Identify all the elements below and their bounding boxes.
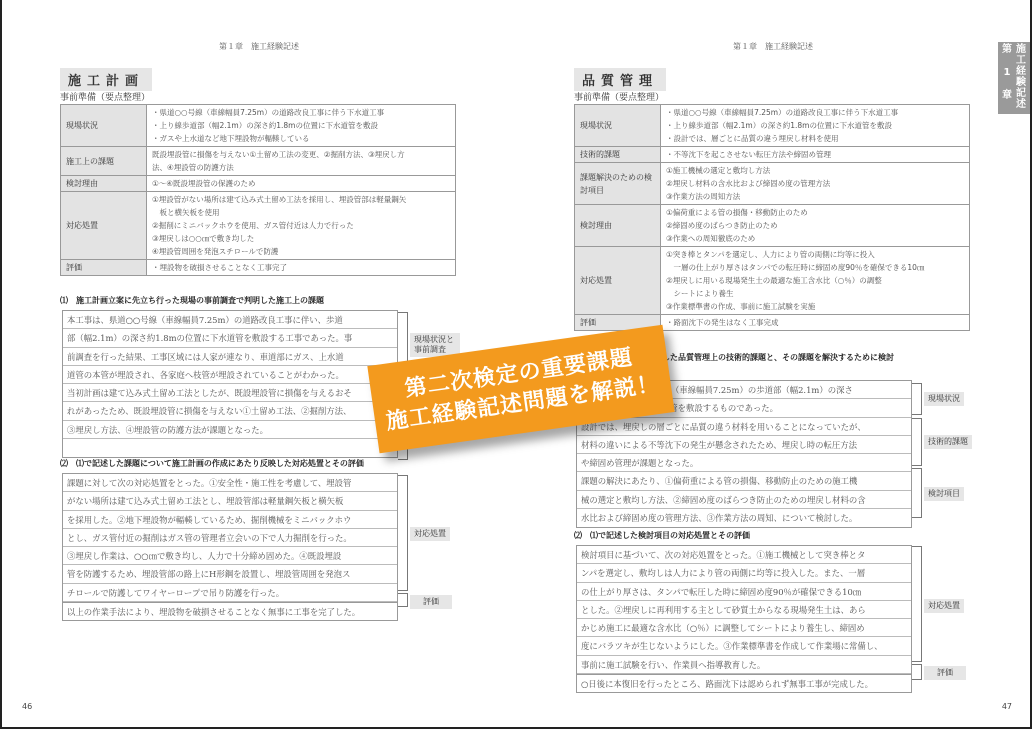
essay-line: 検討項目に基づいて、次の対応処置をとった。①施工機械として突き棒とタ: [577, 546, 911, 564]
question-2-heading: ⑵ ⑴で記述した課題について施工計画の作成にあたり反映した対応処置とその評価: [60, 458, 364, 469]
tab-char: 述: [1016, 99, 1026, 110]
content-line: ・設計では、層ごとに品質の違う埋戻し材料を使用: [666, 132, 964, 145]
row-content: ・県道○○号線（車線幅員7.25m）の道路改良工事に伴う下水道工事・上り線歩道部…: [661, 105, 970, 147]
running-head: 第１章 施工経験記述: [516, 41, 1030, 52]
essay-line: チロールで防護してワイヤーロープで吊り防護を行った。: [63, 584, 397, 602]
question-2-heading: ⑵ ⑴で記述した検討項目の対応処置とその評価: [574, 530, 750, 541]
row-content: ①施工機械の選定と敷均し方法②埋戻し材料の含水比および締固め度の管理方法③作業方…: [661, 163, 970, 205]
content-line: ④埋設管周囲を発泡スチロールで防護: [152, 245, 450, 258]
tab-char: 施: [1016, 44, 1026, 55]
summary-row: 施工上の課題既設埋設管に損傷を与えない①土留め工法の変更、②掘削方法、③埋戻し方…: [61, 147, 456, 176]
sub-title: 事前準備（要点整理）: [60, 90, 150, 103]
row-label: 現場状況: [575, 105, 661, 147]
essay-line: かじめ施工に最適な含水比（○％）に調整してシートにより養生し、締固め: [577, 619, 911, 637]
essay-line: 設計では、埋戻しの層ごとに品質の違う材料を用いることになっていたが、: [577, 418, 911, 436]
summary-row: 検討理由①偏荷重による管の損傷・移動防止のため②締固め度のばらつき防止のため③作…: [575, 205, 970, 247]
content-line: 法、④埋設管の防護方法: [152, 161, 450, 174]
essay-answer-2: 課題に対して次の対応処置をとった。①安全性・施工性を考慮して、埋設管がない場所は…: [62, 473, 398, 621]
tab-char: 工: [1016, 55, 1026, 66]
essay-line: ンパを選定し、敷均しは人力により管の両側に均等に投入した。また、一層: [577, 564, 911, 582]
row-content: ①突き棒とタンパを選定し、人力により管の両側に均等に投入 一層の仕上がり厚さはタ…: [661, 247, 970, 315]
essay-line: ③埋戻し方法、④埋設管の防護方法が課題となった。: [63, 421, 397, 439]
row-label: 現場状況: [61, 105, 147, 147]
essay-line: 械の選定と敷均し方法、②締固め度のばらつき防止のための埋戻し材料の含: [577, 491, 911, 509]
essay-line: 前調査を行った結果、工事区域には人家が連なり、車道部にガス、上水道: [63, 348, 397, 366]
question-1-heading: ⑴ 施工計画立案に先立ち行った現場の事前調査で判明した施工上の課題: [60, 295, 324, 306]
tag-evaluation: 評価: [410, 595, 452, 609]
content-line: ②掘削にミニバックホウを使用、ガス管付近は人力で行った: [152, 219, 450, 232]
bracket: [912, 468, 922, 518]
essay-line: 部（幅2.1m）の深さ約1.8mの位置に下水道管を敷設する工事であった。事: [63, 329, 397, 347]
bracket: [912, 383, 922, 415]
content-line: ・県道○○号線（車線幅員7.25m）の道路改良工事に伴う下水道工事: [666, 106, 964, 119]
essay-evaluation-line: 以上の作業手法により、埋設物を破損させることなく無事に工事を完了した。: [63, 602, 397, 620]
essay-line: ③埋戻し作業は、○○㎝で敷き均し、人力で十分締め固めた。④既設埋設: [63, 547, 397, 565]
essay-answer-1: 本工事は、県道○○号線（車線幅員7.25m）の道路改良工事に伴い、歩道部（幅2.…: [62, 310, 398, 458]
row-content: ・県道○○号線（車線幅員7.25m）の道路改良工事に伴う下水道工事・上り線歩道部…: [147, 105, 456, 147]
summary-row: 現場状況・県道○○号線（車線幅員7.25m）の道路改良工事に伴う下水道工事・上り…: [61, 105, 456, 147]
tag-review-items: 検討項目: [924, 487, 964, 501]
bracket: [912, 418, 922, 466]
row-label: 施工上の課題: [61, 147, 147, 176]
tab-char: 第: [1002, 44, 1012, 55]
content-line: ②埋戻しに用いる現場発生土の最適な施工含水比（○％）の調整: [666, 274, 964, 287]
chapter-number-column: 第1章: [1000, 44, 1014, 114]
essay-line: 課題の解決にあたり、①偏荷重による管の損傷、移動防止のための施工機: [577, 472, 911, 490]
content-line: ・路面沈下の発生はなく工事完成: [666, 316, 964, 329]
tag-technical-issue: 技術的課題: [924, 435, 972, 449]
section-title: 品質管理: [574, 68, 666, 91]
row-label: 対応処置: [61, 192, 147, 260]
row-label: 検討理由: [575, 205, 661, 247]
tab-char: 験: [1016, 77, 1026, 88]
bracket: [398, 593, 408, 607]
content-line: ③作業への周知徹底のため: [666, 232, 964, 245]
essay-line: 本工事は、県道○○号線（車線幅員7.25m）の道路改良工事に伴い、歩道: [63, 311, 397, 329]
essay-evaluation-line: ○日後に本復旧を行ったところ、路面沈下は認められず無事工事が完成した。: [577, 674, 911, 692]
row-content: 既設埋設管に損傷を与えない①土留め工法の変更、②掘削方法、③埋戻し方法、④埋設管…: [147, 147, 456, 176]
content-line: ③作業方法の周知方法: [666, 190, 964, 203]
summary-row: 技術的課題・不等沈下を起こさせない転圧方法や締固め管理: [575, 147, 970, 163]
tag-action: 対応処置: [924, 599, 964, 613]
content-line: 一層の仕上がり厚さはタンパでの転圧時に締固め度90％を確保できる10㎝: [666, 261, 964, 274]
tag-site-conditions: 現場状況: [924, 392, 964, 406]
essay-line: 道管の本管が埋設され、各家庭へ枝管が埋設されていることがわかった。: [63, 366, 397, 384]
row-content: ・路面沈下の発生はなく工事完成: [661, 315, 970, 331]
essay-line: 度にバラツキが生じないようにした。③作業標準書を作成して作業場に常備し、: [577, 637, 911, 655]
row-label: 対応処置: [575, 247, 661, 315]
content-line: ③作業標準書の作成、事前に施工試験を実施: [666, 300, 964, 313]
content-line: ③埋戻しは○○㎝で敷き均した: [152, 232, 450, 245]
section-title: 施工計画: [60, 68, 152, 91]
essay-line: 課題に対して次の対応処置をとった。①安全性・施工性を考慮して、埋設管: [63, 474, 397, 492]
essay-line: 管を防護するため、埋設管部の路上にH形鋼を設置し、埋設管周囲を発泡ス: [63, 565, 397, 583]
content-line: ②埋戻し材料の含水比および締固め度の管理方法: [666, 177, 964, 190]
essay-answer-2: 検討項目に基づいて、次の対応処置をとった。①施工機械として突き棒とタンパを選定し…: [576, 545, 912, 693]
essay-line: とした。②埋戻しに再利用する主として砂質土からなる現場発生土は、あら: [577, 601, 911, 619]
summary-row: 評価・埋設物を破損させることなく工事完了: [61, 260, 456, 276]
chapter-index-tab: 第1章 施工経験記述: [998, 42, 1030, 114]
essay-line: 水比および締固め度の管理方法、③作業方法の周知、について検討した。: [577, 509, 911, 527]
row-content: ①偏荷重による管の損傷・移動防止のため②締固め度のばらつき防止のため③作業への周…: [661, 205, 970, 247]
row-label: 検討理由: [61, 176, 147, 192]
essay-line: れがあったため、既設埋設管に損傷を与えない①土留め工法、②掘削方法、: [63, 402, 397, 420]
content-line: ①～④既設埋設管の保護のため: [152, 177, 450, 190]
essay-line: 材料の違いによる不等沈下の発生が懸念されたため、埋戻し時の転圧方法: [577, 436, 911, 454]
running-head: 第１章 施工経験記述: [2, 41, 516, 52]
content-line: ①施工機械の選定と敷均し方法: [666, 164, 964, 177]
content-line: ・埋設物を破損させることなく工事完了: [152, 261, 450, 274]
tab-char: 1: [1004, 67, 1011, 78]
summary-table: 現場状況・県道○○号線（車線幅員7.25m）の道路改良工事に伴う下水道工事・上り…: [60, 104, 456, 276]
summary-table: 現場状況・県道○○号線（車線幅員7.25m）の道路改良工事に伴う下水道工事・上り…: [574, 104, 970, 331]
page-number: 47: [1002, 702, 1012, 711]
essay-line: の仕上がり厚さは、タンパで転圧した時に締固め度90％が確保できる10㎝: [577, 583, 911, 601]
page-number: 46: [22, 702, 32, 711]
essay-line: [63, 439, 397, 457]
content-line: ①埋設管がない場所は建て込み式土留め工法を採用し、埋設管部は軽量鋼矢: [152, 193, 450, 206]
row-content: ①～④既設埋設管の保護のため: [147, 176, 456, 192]
essay-line: を採用した。②地下埋設物が輻輳しているため、掘削機械をミニバックホウ: [63, 511, 397, 529]
row-content: ・不等沈下を起こさせない転圧方法や締固め管理: [661, 147, 970, 163]
summary-row: 課題解決のための検討項目①施工機械の選定と敷均し方法②埋戻し材料の含水比および締…: [575, 163, 970, 205]
essay-line: とし、ガス管付近の掘削はガス管の管理者立会いの下で人力掘削を行った。: [63, 529, 397, 547]
bracket: [912, 546, 922, 662]
sub-title: 事前準備（要点整理）: [574, 90, 664, 103]
essay-line: 事前に施工試験を行い、作業員へ指導教育した。: [577, 656, 911, 674]
summary-row: 対応処置①埋設管がない場所は建て込み式土留め工法を採用し、埋設管部は軽量鋼矢 板…: [61, 192, 456, 260]
content-line: ・不等沈下を起こさせない転圧方法や締固め管理: [666, 148, 964, 161]
summary-row: 検討理由①～④既設埋設管の保護のため: [61, 176, 456, 192]
tab-char: 記: [1016, 88, 1026, 99]
bracket: [398, 475, 408, 591]
content-line: シートにより養生: [666, 287, 964, 300]
row-content: ・埋設物を破損させることなく工事完了: [147, 260, 456, 276]
tag-action: 対応処置: [410, 527, 450, 541]
row-label: 課題解決のための検討項目: [575, 163, 661, 205]
content-line: ・上り線歩道部（幅2.1m）の深さ約1.8mの位置に下水道管を敷設: [152, 119, 450, 132]
content-line: 板と横矢板を使用: [152, 206, 450, 219]
row-label: 評価: [61, 260, 147, 276]
chapter-title-column: 施工経験記述: [1014, 44, 1028, 114]
summary-row: 対応処置①突き棒とタンパを選定し、人力により管の両側に均等に投入 一層の仕上がり…: [575, 247, 970, 315]
tab-char: 経: [1016, 66, 1026, 77]
bracket: [912, 664, 922, 680]
essay-line: 当初計画は建て込み式土留め工法としたが、既設埋設管に損傷を与えるおそ: [63, 384, 397, 402]
row-content: ①埋設管がない場所は建て込み式土留め工法を採用し、埋設管部は軽量鋼矢 板と横矢板…: [147, 192, 456, 260]
content-line: ・ガスや上水道など地下埋設物が輻輳している: [152, 132, 450, 145]
content-line: ・県道○○号線（車線幅員7.25m）の道路改良工事に伴う下水道工事: [152, 106, 450, 119]
summary-row: 現場状況・県道○○号線（車線幅員7.25m）の道路改良工事に伴う下水道工事・上り…: [575, 105, 970, 147]
essay-line: がない場所は建て込み式土留め工法とし、埋設管部は軽量鋼矢板と横矢板: [63, 492, 397, 510]
content-line: ①突き棒とタンパを選定し、人力により管の両側に均等に投入: [666, 248, 964, 261]
tab-char: 章: [1002, 90, 1012, 101]
content-line: 既設埋設管に損傷を与えない①土留め工法の変更、②掘削方法、③埋戻し方: [152, 148, 450, 161]
essay-line: や締固め管理が課題となった。: [577, 454, 911, 472]
content-line: ・上り線歩道部（幅2.1m）の深さ約1.8mの位置に下水道管を敷設: [666, 119, 964, 132]
row-label: 技術的課題: [575, 147, 661, 163]
content-line: ②締固め度のばらつき防止のため: [666, 219, 964, 232]
content-line: ①偏荷重による管の損傷・移動防止のため: [666, 206, 964, 219]
tag-evaluation: 評価: [924, 666, 966, 680]
